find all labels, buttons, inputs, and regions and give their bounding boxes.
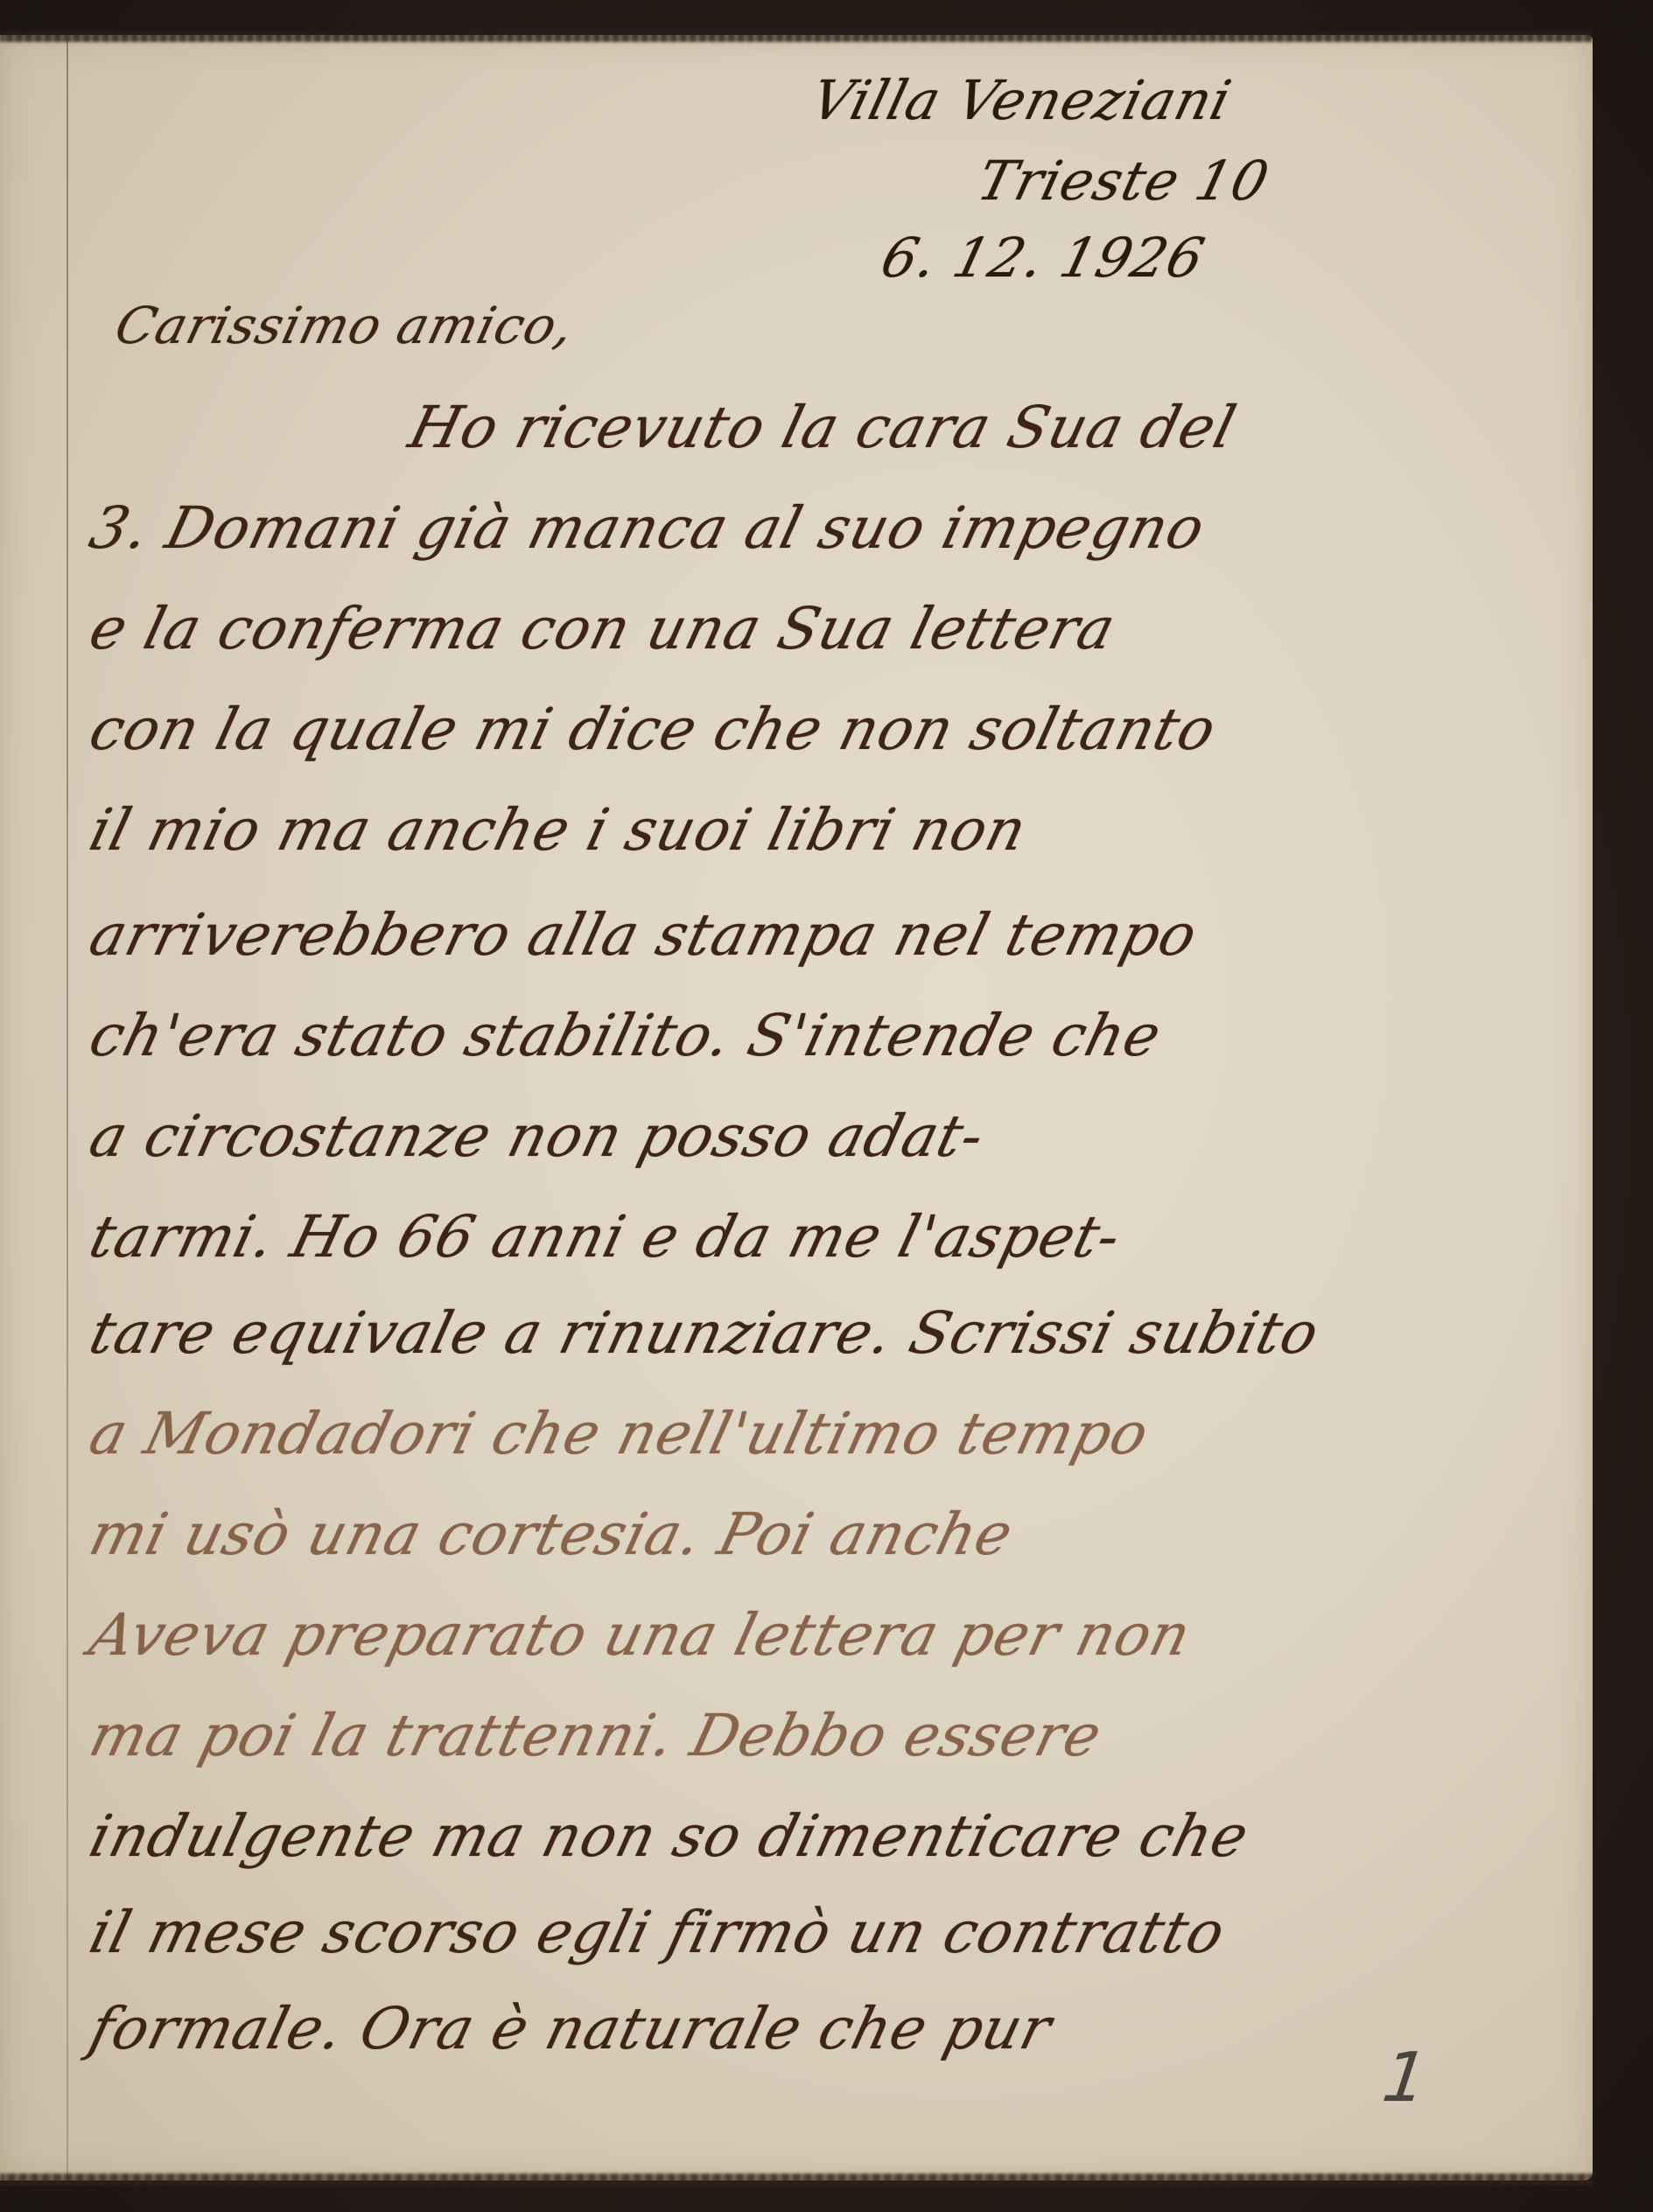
letter-line: tarmi. Ho 66 anni e da me l'aspet-: [83, 1203, 1128, 1270]
letter-place: Villa Veneziani: [805, 68, 1238, 132]
letter-date: 6. 12. 1926: [875, 226, 1211, 290]
letter-line: indulgente ma non so dimenticare che: [83, 1802, 1256, 1870]
letter-line: ma poi la trattenni. Debbo essere: [83, 1702, 1109, 1769]
letter-line: a circostanze non posso adat-: [83, 1102, 991, 1170]
letter-salutation: Carissimo amico,: [109, 296, 581, 355]
letter-line: ch'era stato stabilito. S'intende che: [83, 1002, 1168, 1069]
letter-line: il mese scorso egli firmò un contratto: [83, 1899, 1232, 1966]
page-number: 1: [1369, 2039, 1439, 2117]
letter-line: arriverebbero alla stampa nel tempo: [83, 901, 1204, 969]
letter-line: con la quale mi dice che non soltanto: [83, 696, 1223, 763]
letter-line: 3. Domani già manca al suo impegno: [83, 494, 1212, 562]
letter-line: il mio ma anche i suoi libri non: [83, 796, 1033, 864]
letter-line: e la conferma con una Sua lettera: [83, 595, 1123, 662]
letter-paper: Villa Veneziani Trieste 10 6. 12. 1926 C…: [0, 35, 1593, 2180]
letter-city: Trieste 10: [971, 149, 1276, 213]
letter-line: Ho ricevuto la cara Sua del: [403, 394, 1243, 461]
letter-line: mi usò una cortesia. Poi anche: [83, 1501, 1019, 1568]
paper-fold-line: [67, 35, 68, 2180]
letter-line: a Mondadori che nell'ultimo tempo: [83, 1400, 1156, 1467]
letter-line: formale. Ora è naturale che pur: [83, 1995, 1059, 2062]
letter-line: tare equivale a rinunziare. Scrissi subi…: [83, 1299, 1326, 1367]
letter-line: Aveva preparato una lettera per non: [83, 1601, 1198, 1669]
